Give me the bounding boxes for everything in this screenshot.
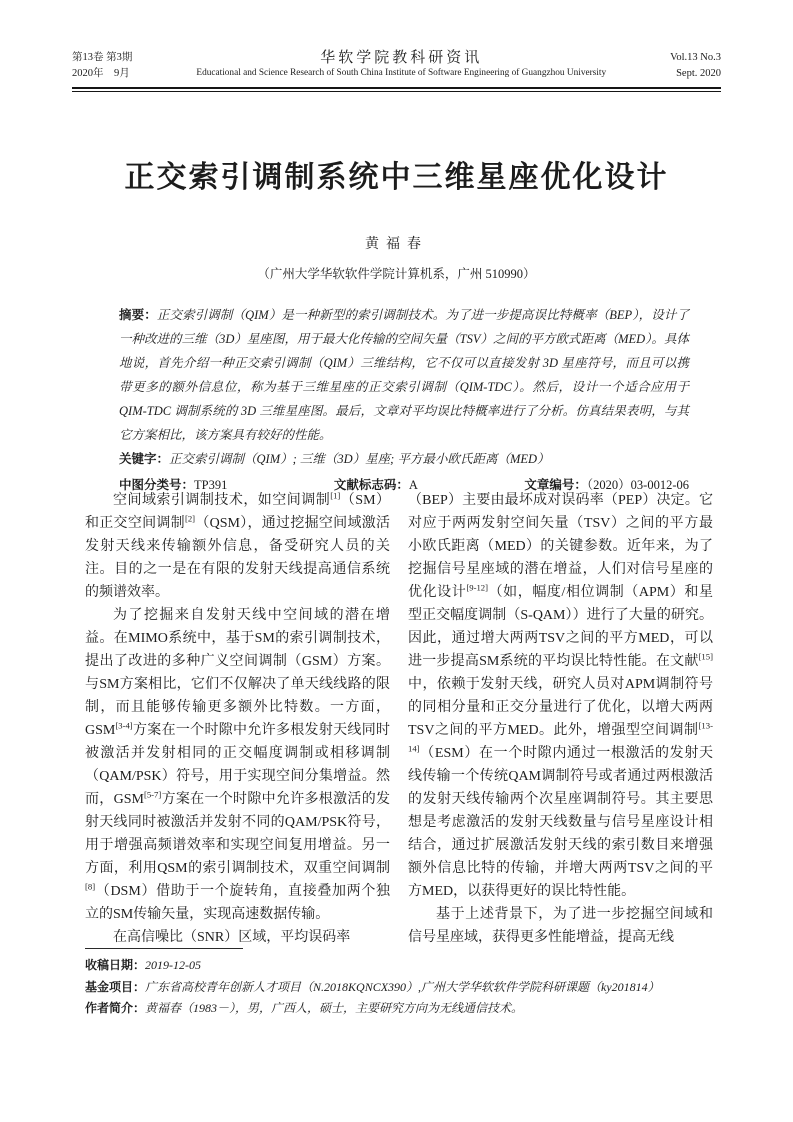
body-paragraph: 在高信噪比（SNR）区域，平均误码率 — [85, 926, 390, 947]
body-paragraph: 基于上述背景下，为了进一步挖掘空间域和信号星座域，获得更多性能增益，提高无线 — [408, 903, 713, 947]
article-meta: 摘要：正交索引调制（QIM）是一种新型的索引调制技术。为了进一步提高误比特概率（… — [119, 303, 689, 497]
abstract: 摘要：正交索引调制（QIM）是一种新型的索引调制技术。为了进一步提高误比特概率（… — [119, 303, 689, 447]
journal-name-block: 华软学院教科研资讯 Educational and Science Resear… — [132, 50, 670, 81]
citation-superscript: [3-4] — [115, 720, 132, 730]
issue-date-cn: 2020年 9月 — [72, 66, 132, 82]
received-date-value: 2019-12-05 — [145, 958, 201, 972]
citation-superscript: [13-14] — [408, 720, 713, 753]
paper-page: 第13卷 第3期 2020年 9月 华软学院教科研资讯 Educational … — [0, 0, 793, 1122]
footnote-divider — [85, 948, 243, 949]
citation-superscript: [15] — [699, 651, 713, 661]
vol-no: Vol.13 No.3 — [670, 50, 721, 66]
journal-name-cn: 华软学院教科研资讯 — [138, 50, 664, 66]
volume-info-block: Vol.13 No.3 Sept. 2020 — [670, 50, 721, 82]
journal-name-en: Educational and Science Research of Sout… — [138, 66, 664, 81]
volume-issue: 第13卷 第3期 — [72, 50, 132, 66]
received-date-label: 收稿日期： — [85, 958, 145, 972]
body-paragraph: 为了挖掘来自发射天线中空间域的潜在增益。在MIMO系统中，基于SM的索引调制技术… — [85, 604, 390, 926]
article-body: 空间域索引调制技术，如空间调制[1]（SM）和正交空间调制[2]（QSM），通过… — [85, 489, 714, 947]
issue-info-block: 第13卷 第3期 2020年 9月 — [72, 50, 132, 82]
author-bio-line: 作者简介：黄福春（1983－），男，广西人，硕士，主要研究方向为无线通信技术。 — [85, 998, 717, 1020]
author-name: 黄福春 — [0, 233, 793, 253]
citation-superscript: [1] — [330, 490, 340, 500]
body-column-left: 空间域索引调制技术，如空间调制[1]（SM）和正交空间调制[2]（QSM），通过… — [85, 489, 390, 947]
citation-superscript: [5-7] — [144, 789, 161, 799]
author-affiliation: （广州大学华软软件学院计算机系，广州 510990） — [0, 264, 793, 282]
keywords-text: 正交索引调制（QIM）; 三维（3D）星座; 平方最小欧氏距离（MED） — [169, 452, 550, 466]
author-bio-label: 作者简介： — [85, 1001, 145, 1015]
body-paragraph: （BEP）主要由最坏成对误码率（PEP）决定。它对应于两两发射空间矢量（TSV）… — [408, 489, 713, 903]
keywords: 关键字：正交索引调制（QIM）; 三维（3D）星座; 平方最小欧氏距离（MED） — [119, 447, 689, 471]
citation-superscript: [9-12] — [466, 582, 488, 592]
footnote-block: 收稿日期：2019-12-05 基金项目：广东省高校青年创新人才项目（N.201… — [85, 948, 717, 1020]
fund-project-label: 基金项目： — [85, 980, 145, 994]
abstract-label: 摘要： — [119, 308, 157, 322]
article-title: 正交索引调制系统中三维星座优化设计 — [0, 152, 793, 196]
body-paragraph: 空间域索引调制技术，如空间调制[1]（SM）和正交空间调制[2]（QSM），通过… — [85, 489, 390, 604]
citation-superscript: [2] — [185, 513, 195, 523]
received-date-line: 收稿日期：2019-12-05 — [85, 955, 717, 977]
citation-superscript: [8] — [85, 881, 95, 891]
header-divider — [72, 87, 721, 92]
issue-date-en: Sept. 2020 — [670, 66, 721, 82]
fund-project-line: 基金项目：广东省高校青年创新人才项目（N.2018KQNCX390）,广州大学华… — [85, 977, 717, 999]
keywords-label: 关键字： — [119, 452, 169, 466]
body-column-right: （BEP）主要由最坏成对误码率（PEP）决定。它对应于两两发射空间矢量（TSV）… — [408, 489, 713, 947]
author-bio-value: 黄福春（1983－），男，广西人，硕士，主要研究方向为无线通信技术。 — [145, 1001, 523, 1015]
journal-header: 第13卷 第3期 2020年 9月 华软学院教科研资讯 Educational … — [72, 50, 721, 82]
abstract-text: 正交索引调制（QIM）是一种新型的索引调制技术。为了进一步提高误比特概率（BEP… — [119, 308, 689, 442]
fund-project-value: 广东省高校青年创新人才项目（N.2018KQNCX390）,广州大学华软软件学院… — [145, 980, 660, 994]
